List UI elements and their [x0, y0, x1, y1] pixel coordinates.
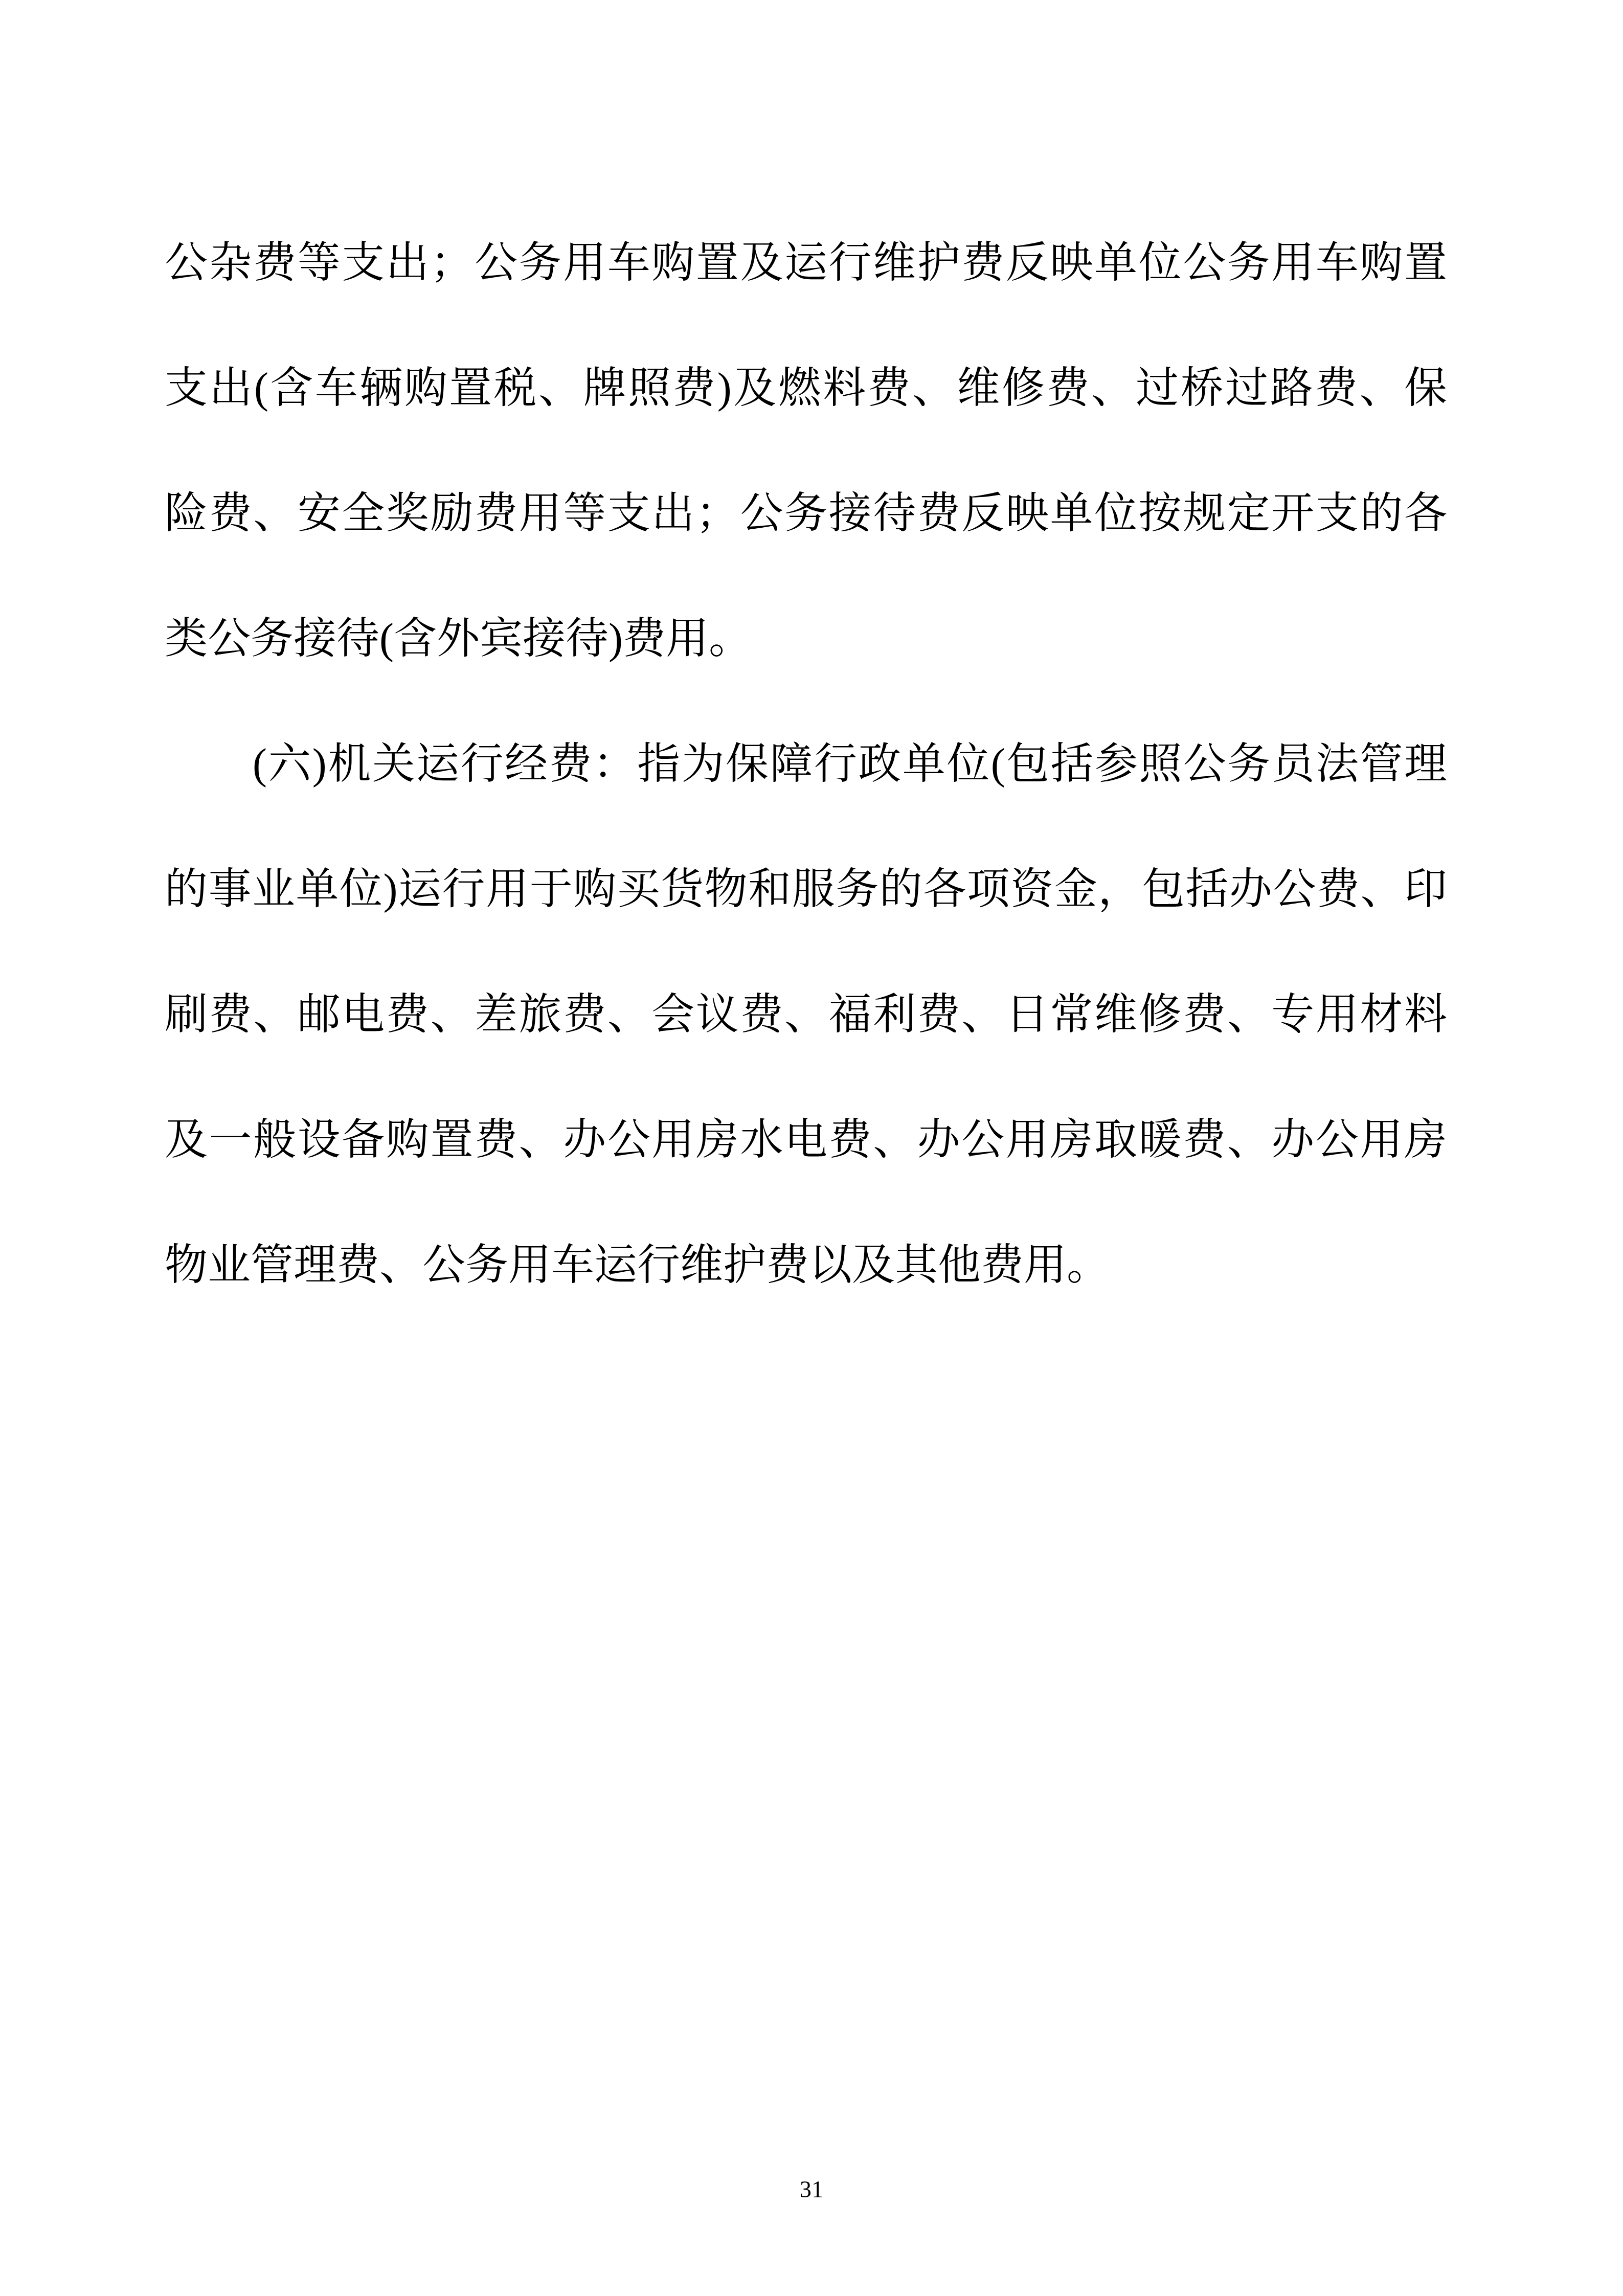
paragraph-1: 公杂费等支出；公务用车购置及运行维护费反映单位公务用车购置 支出(含车辆购置税、… — [165, 222, 1447, 680]
text-line: 物业管理费、公务用车运行维护费以及其他费用。 — [165, 1224, 1447, 1307]
text-line: 类公务接待(含外宾接待)费用。 — [165, 598, 1447, 680]
paragraph-2: (六)机关运行经费：指为保障行政单位(包括参照公务员法管理 的事业单位)运行用于… — [165, 723, 1447, 1307]
text-line: 支出(含车辆购置税、牌照费)及燃料费、维修费、过桥过路费、保 — [165, 347, 1447, 430]
text-line: 险费、安全奖励费用等支出；公务接待费反映单位按规定开支的各 — [165, 472, 1447, 555]
page-footer: 31 — [0, 2174, 1623, 2205]
page-number: 31 — [800, 2176, 823, 2202]
text-line: 的事业单位)运行用于购买货物和服务的各项资金，包括办公费、印 — [165, 848, 1447, 931]
text-line: (六)机关运行经费：指为保障行政单位(包括参照公务员法管理 — [165, 723, 1447, 805]
text-line: 及一般设备购置费、办公用房水电费、办公用房取暖费、办公用房 — [165, 1099, 1447, 1181]
text-line: 公杂费等支出；公务用车购置及运行维护费反映单位公务用车购置 — [165, 222, 1447, 304]
body-text: 公杂费等支出；公务用车购置及运行维护费反映单位公务用车购置 支出(含车辆购置税、… — [165, 179, 1447, 1349]
text-line: 刷费、邮电费、差旅费、会议费、福利费、日常维修费、专用材料 — [165, 974, 1447, 1056]
document-page: 公杂费等支出；公务用车购置及运行维护费反映单位公务用车购置 支出(含车辆购置税、… — [0, 0, 1623, 2296]
